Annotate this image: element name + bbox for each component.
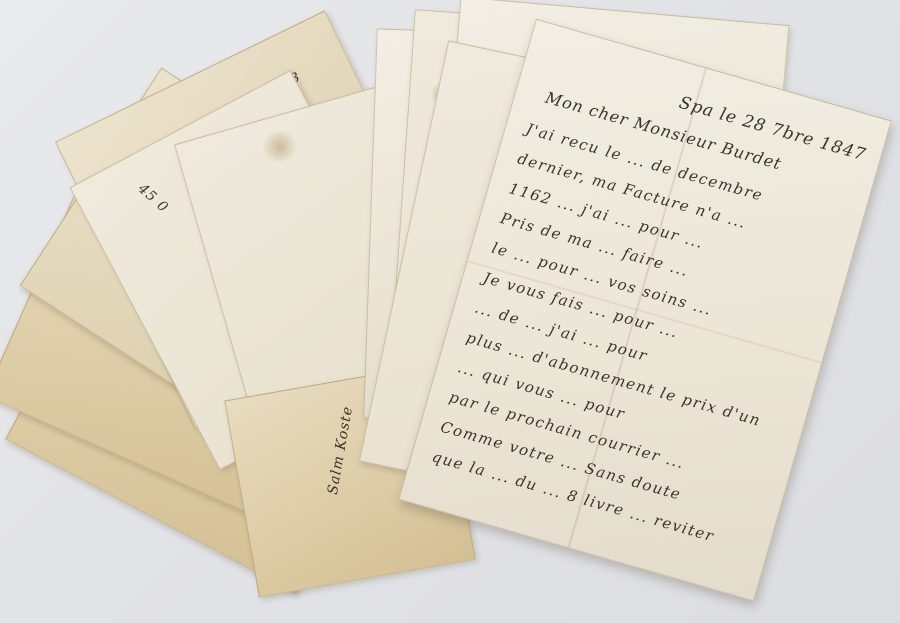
side-note-1: 45 0 xyxy=(135,181,172,216)
photo-scene: Bevenstapff Koon (3) Paris 883 45 0 25 -… xyxy=(0,0,900,623)
side-note-bottom: Salm Koste xyxy=(325,405,356,496)
